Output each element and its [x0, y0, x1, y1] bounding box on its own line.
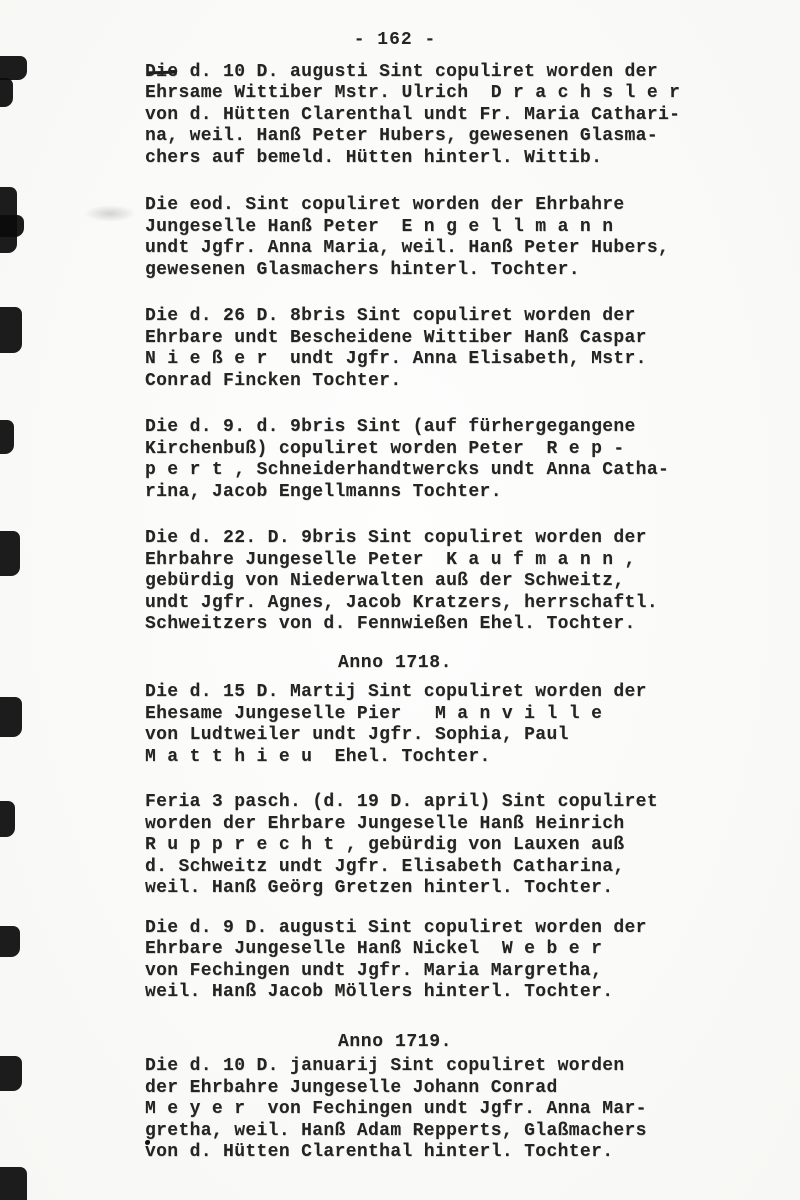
register-entry-niesser: Die d. 26 D. 8bris Sint copuliret worden…: [145, 306, 690, 392]
register-entry-manville: Die d. 15 D. Martij Sint copuliret worde…: [145, 682, 690, 768]
scan-edge-mark: [0, 78, 13, 107]
page-content: - 162 - Die d. 10 D. augusti Sint copuli…: [145, 30, 690, 1164]
register-entry-meyer: Die d. 10 D. januarij Sint copuliret wor…: [145, 1056, 690, 1164]
scan-edge-mark: [0, 1056, 22, 1091]
scan-edge-mark: [0, 56, 27, 80]
register-entry-drachsler: Die d. 10 D. augusti Sint copuliret word…: [145, 62, 690, 170]
scanned-page: - 162 - Die d. 10 D. augusti Sint copuli…: [0, 0, 800, 1200]
scan-edge-mark: [0, 1167, 27, 1200]
scan-edge-mark: [0, 926, 20, 957]
scan-edge-mark: [0, 697, 22, 737]
register-entry-reppert: Die d. 9. d. 9bris Sint (auf fürhergegan…: [145, 417, 690, 503]
register-entry-weber: Die d. 9 D. augusti Sint copuliret worde…: [145, 918, 690, 1004]
scan-edge-mark: [0, 215, 24, 237]
year-heading-1719: Anno 1719.: [145, 1032, 645, 1054]
register-entry-engellmann: Die eod. Sint copuliret worden der Ehrba…: [145, 195, 690, 281]
scan-smudge: [84, 205, 136, 222]
page-number: - 162 -: [145, 30, 645, 52]
scan-edge-mark: [0, 531, 20, 576]
year-heading-1718: Anno 1718.: [145, 653, 645, 675]
scan-edge-mark: [0, 801, 15, 837]
scan-edge-mark: [0, 307, 22, 353]
register-entry-kaufmann: Die d. 22. D. 9bris Sint copuliret worde…: [145, 528, 690, 636]
register-entry-rupprecht: Feria 3 pasch. (d. 19 D. april) Sint cop…: [145, 792, 690, 900]
scan-edge-mark: [0, 420, 14, 454]
